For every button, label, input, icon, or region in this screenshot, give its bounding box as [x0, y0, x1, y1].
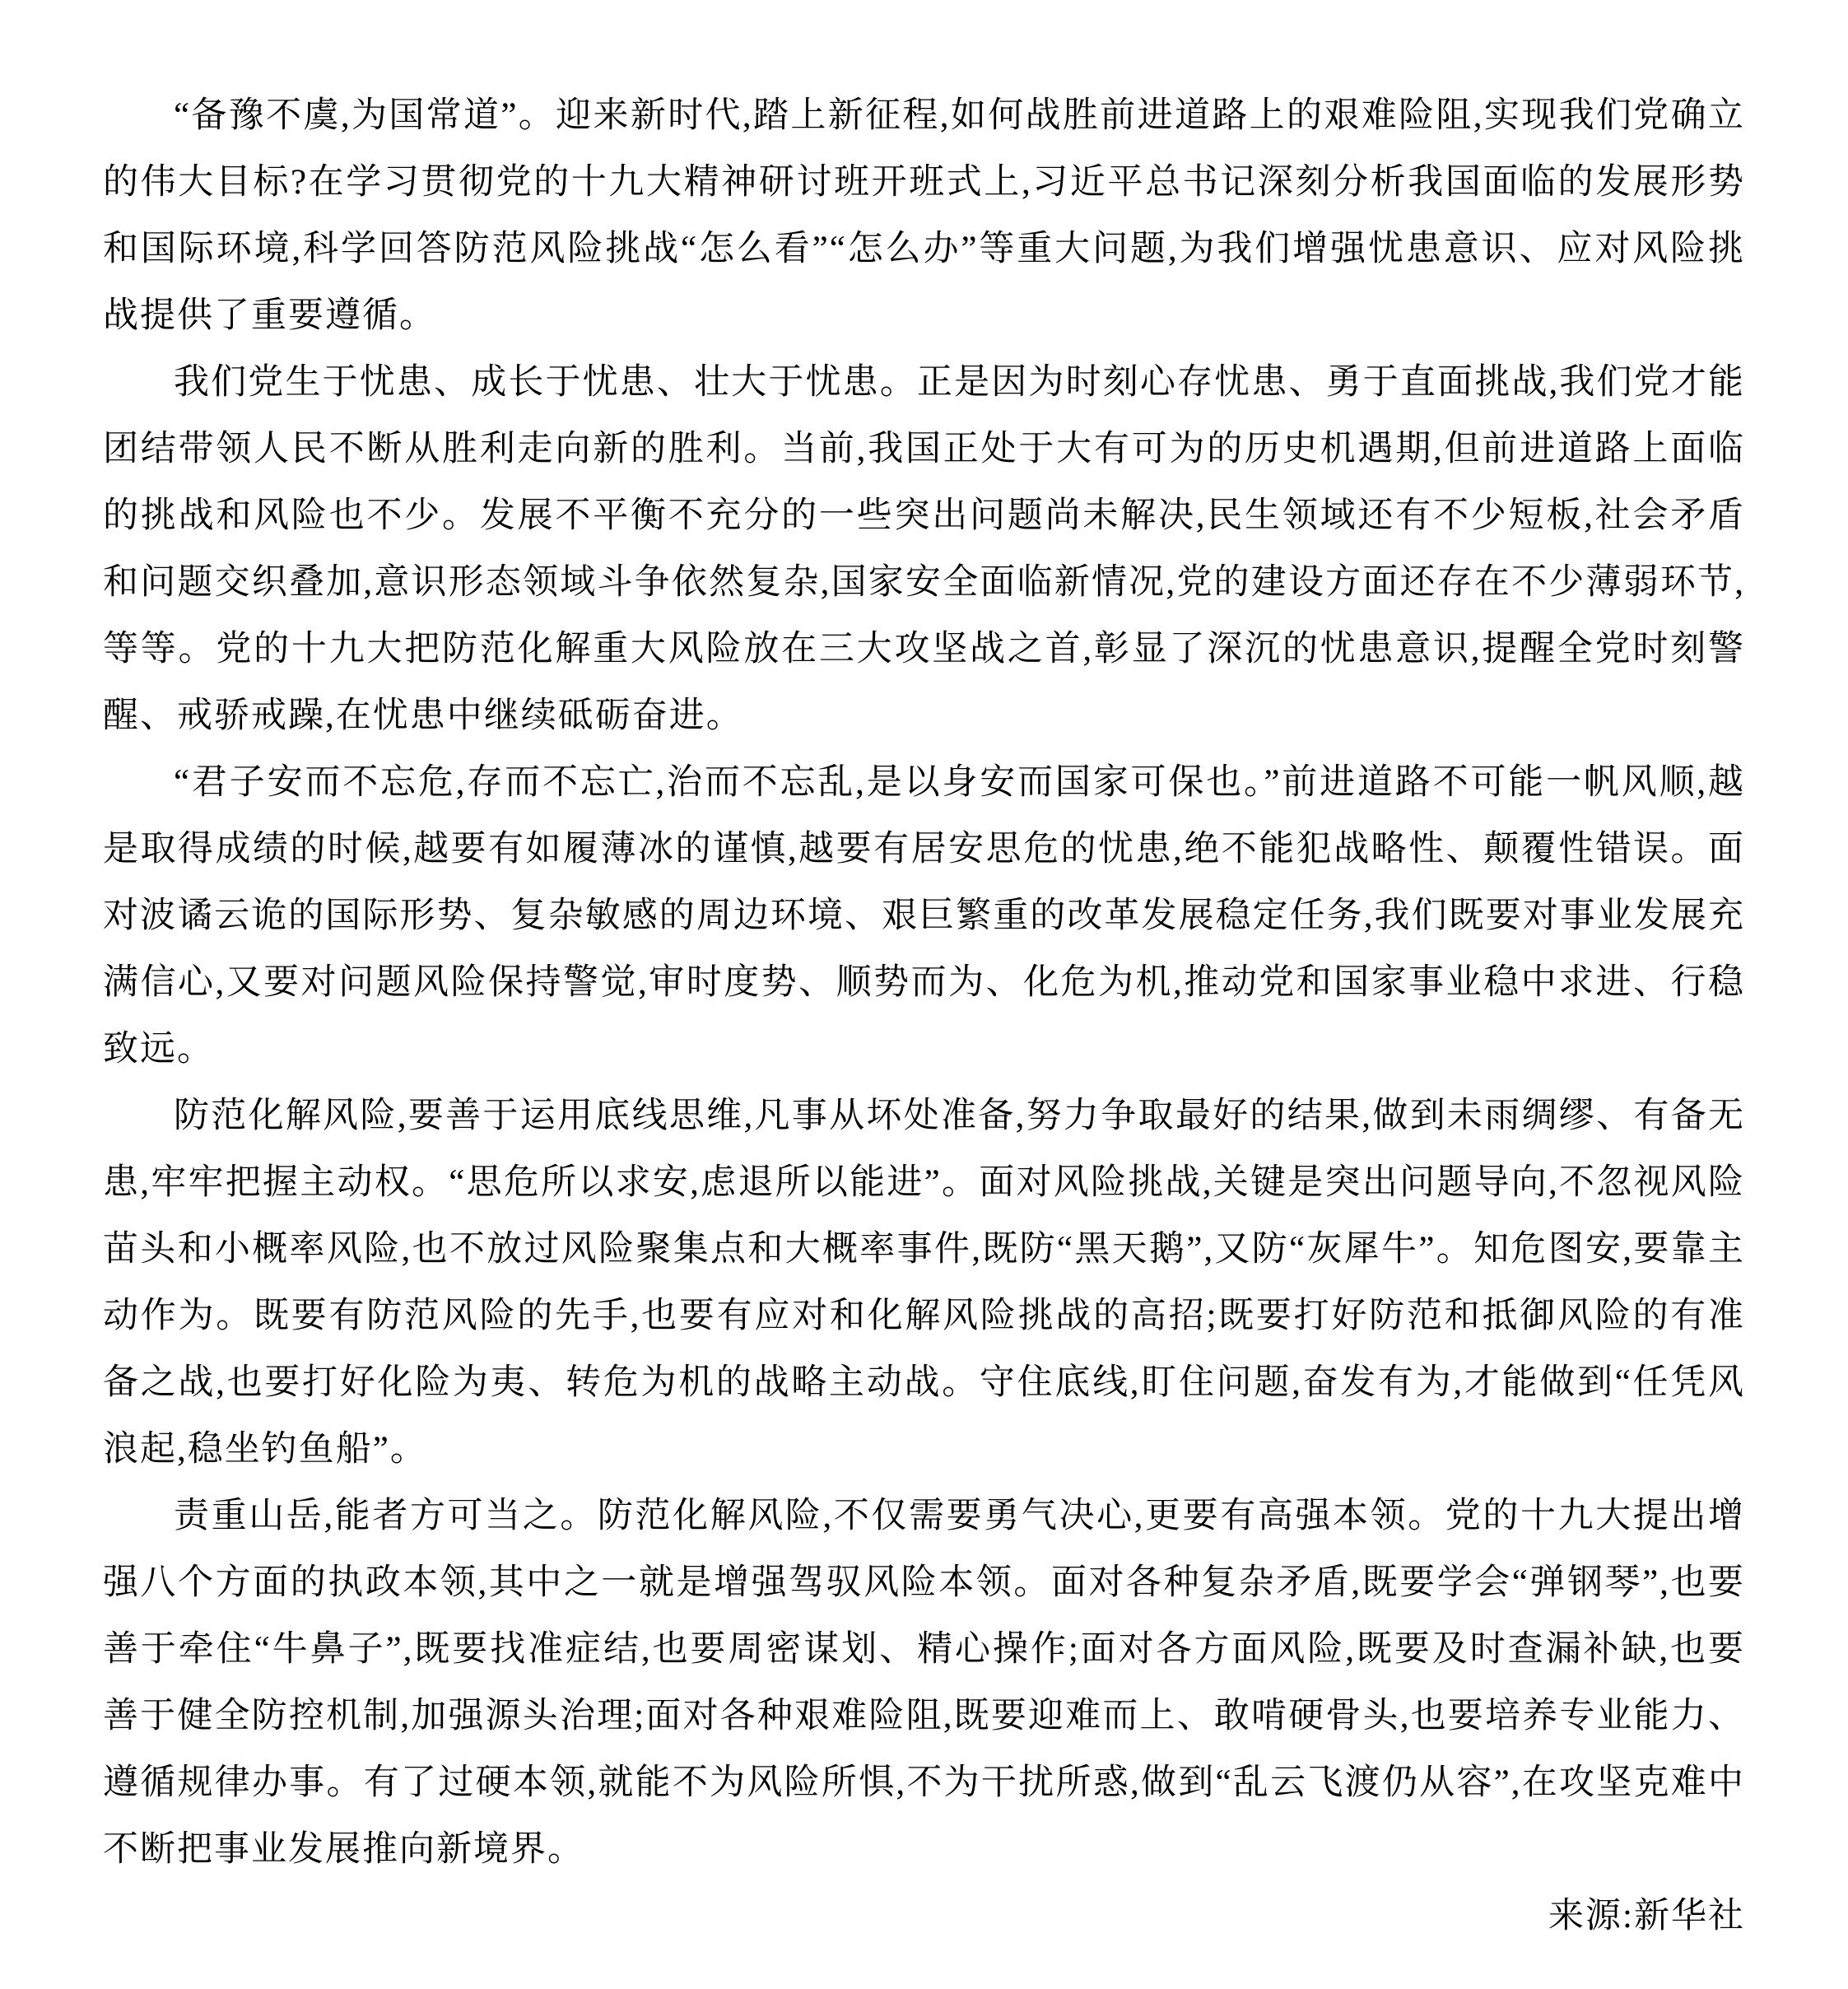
- paragraph-3: “君子安而不忘危,存而不忘亡,治而不忘乱,是以身安而国家可保也。”前进道路不可能…: [103, 749, 1745, 1083]
- article-body: “备豫不虞,为国常道”。迎来新时代,踏上新征程,如何战胜前进道路上的艰难险阻,实…: [103, 82, 1745, 1949]
- paragraph-4: 防范化解风险,要善于运用底线思维,凡事从坏处准备,努力争取最好的结果,做到未雨绸…: [103, 1083, 1745, 1483]
- paragraph-1: “备豫不虞,为国常道”。迎来新时代,踏上新征程,如何战胜前进道路上的艰难险阻,实…: [103, 82, 1745, 349]
- paragraph-5: 责重山岳,能者方可当之。防范化解风险,不仅需要勇气决心,更要有高强本领。党的十九…: [103, 1483, 1745, 1883]
- document-page: “备豫不虞,为国常道”。迎来新时代,踏上新征程,如何战胜前进道路上的艰难险阻,实…: [0, 0, 1848, 1989]
- paragraph-2: 我们党生于忧患、成长于忧患、壮大于忧患。正是因为时刻心存忧患、勇于直面挑战,我们…: [103, 349, 1745, 749]
- source-attribution: 来源:新华社: [103, 1883, 1745, 1949]
